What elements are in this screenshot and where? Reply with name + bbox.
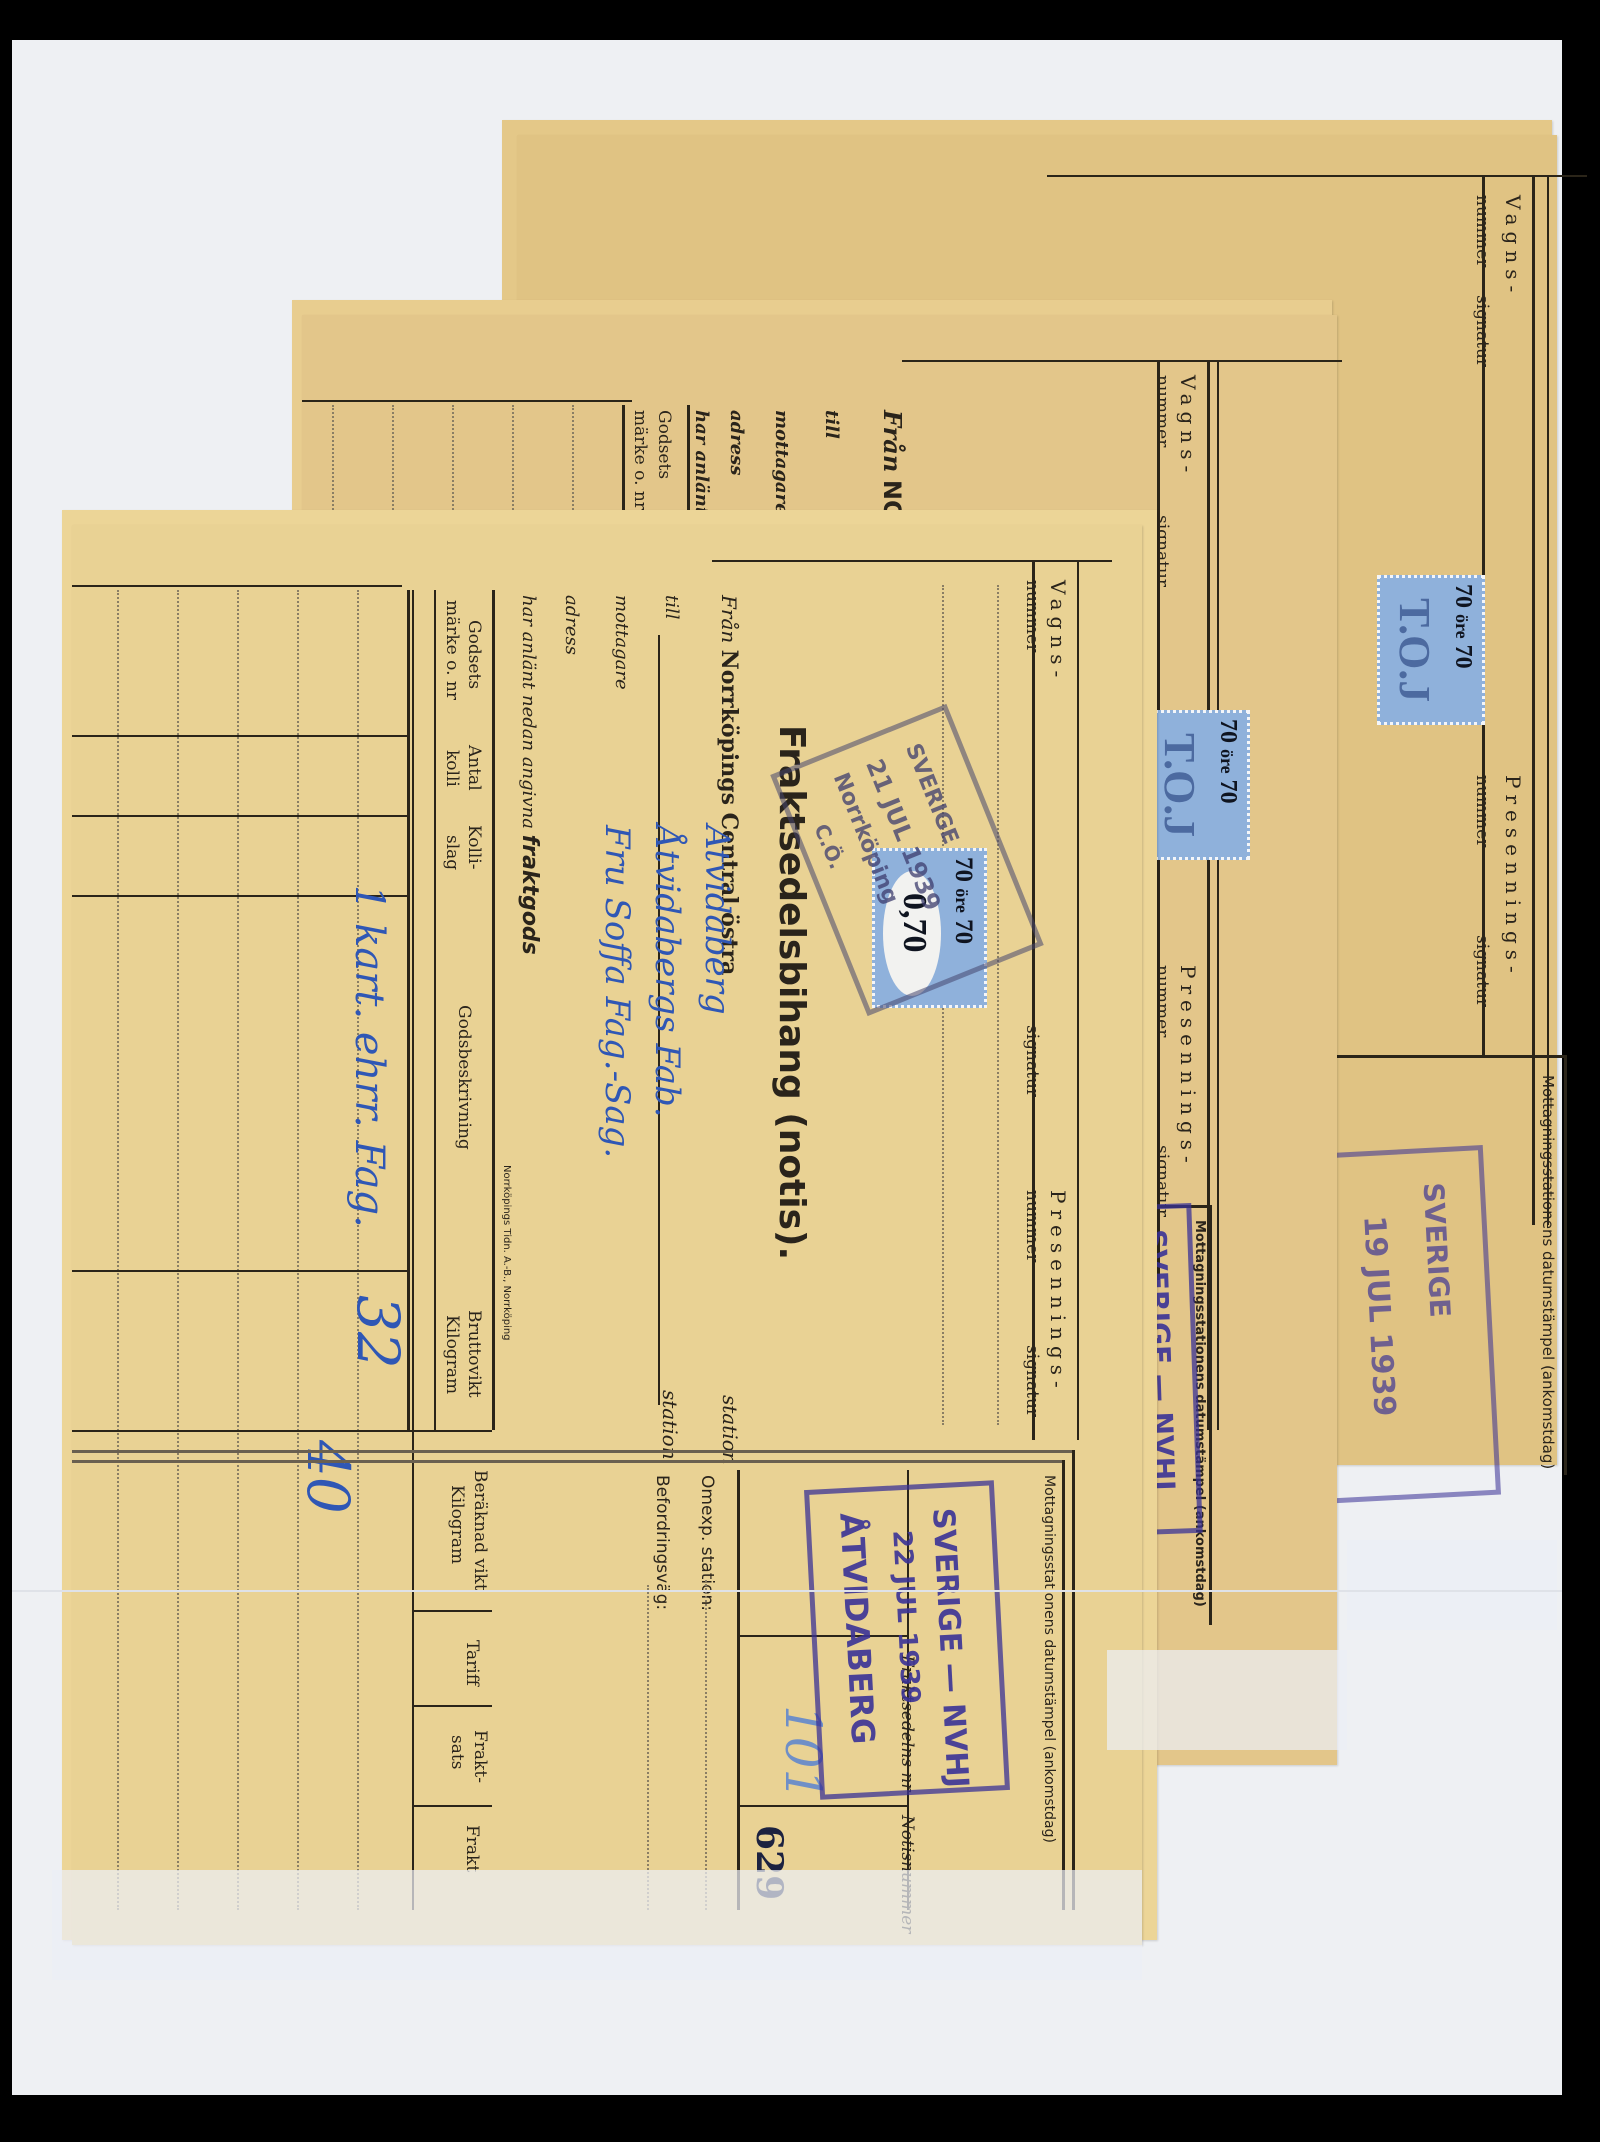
rule <box>412 590 414 1910</box>
header-rate-1: Frakt- <box>470 1730 490 1783</box>
dotted-col <box>647 1585 649 1910</box>
to-label: till <box>821 410 842 439</box>
wagon-col-signature: signatur <box>1022 1025 1042 1097</box>
arrived-line: har anlänt nedan angivna fraktgods <box>517 595 542 955</box>
dotted-col <box>177 590 179 1910</box>
handwritten-to: Atvidaberg <box>697 825 737 1015</box>
receiver-label: mottagare <box>771 410 792 515</box>
stamp-overprint: T.O.J <box>1154 733 1205 837</box>
arrival-datestamp-front: SVERIGE — NVHJ 22 JUL 1939 ÅTVIDABERG <box>804 1480 1010 1800</box>
printer-imprint: Norrköpings Tidn. A.-B., Norrköping <box>501 1165 512 1341</box>
header-freight: Frakt <box>462 1825 482 1872</box>
wagon-header: Vagns- <box>1501 195 1525 298</box>
cancel-line: 19 JUL 1939 <box>1356 1215 1401 1417</box>
header-calc-weight-1: Beräknad vikt <box>470 1470 490 1591</box>
rule <box>72 815 407 817</box>
tarp-header: Presennings- <box>1046 1190 1070 1394</box>
cancel-line: ÅTVIDABERG <box>832 1512 882 1745</box>
rule <box>1047 175 1587 177</box>
rule <box>1077 560 1079 1440</box>
wagon-header: Vagns- <box>1046 580 1070 683</box>
route-label: Befordringsväg: <box>652 1475 672 1610</box>
header-kind-2: slag <box>442 835 462 870</box>
rule <box>1062 1460 1065 1910</box>
glassine-strip <box>52 1870 1142 1980</box>
rule <box>72 735 407 737</box>
cancel-line: SVERIGE — NVHJ <box>925 1507 975 1789</box>
glassine-strip <box>1347 1540 1557 1630</box>
rule <box>737 1470 740 1910</box>
rule <box>492 590 495 1430</box>
address-label: adress <box>726 410 747 475</box>
dotted-col <box>997 585 999 1425</box>
arrived-bold: fraktgods <box>517 835 542 955</box>
header-description: Godsbeskrivning <box>454 1005 474 1150</box>
railway-parcel-stamp: 70 öre 70 T.O.J <box>1377 575 1485 725</box>
rule <box>72 585 402 587</box>
rule <box>72 1430 492 1432</box>
handwritten-receiver: Åtvidabergs Fab. <box>647 825 687 1118</box>
cancel-line: C.Ö. <box>809 820 849 872</box>
rule <box>434 590 436 1430</box>
rule <box>737 1805 907 1807</box>
arrival-stamp-label: Mottagningsstationens datumstämpel (anko… <box>1041 1475 1057 1843</box>
dotted-col <box>357 590 359 1910</box>
double-rule <box>72 1450 1072 1453</box>
rule <box>302 400 632 402</box>
rule <box>412 1805 492 1807</box>
header-gross-weight-1: Bruttovikt <box>464 1310 484 1398</box>
to-label: till <box>661 595 682 620</box>
stamp-value-top: 70 öre 70 <box>1449 584 1476 669</box>
arrived-label: har anlänt <box>691 410 712 515</box>
double-rule <box>72 1460 1062 1463</box>
receiver-label: mottagare <box>611 595 632 690</box>
railway-parcel-stamp: 70 öre 70 T.O.J <box>1142 710 1250 860</box>
rule <box>412 1610 492 1612</box>
glassine-strip <box>1107 1650 1347 1750</box>
cancel-line: 22 JUL 1939 <box>886 1529 925 1704</box>
dotted-col <box>117 590 119 1910</box>
wagon-col-number: nummer <box>1022 580 1042 652</box>
dotted-col <box>237 590 239 1910</box>
tarp-header: Presennings- <box>1176 965 1200 1169</box>
wagon-col-number: nummer <box>1152 375 1172 447</box>
arrival-stamp-label: Mottagningsstationens datumstämpel (anko… <box>1539 1075 1557 1469</box>
header-goods-mark-2: märke o. nr <box>442 600 462 700</box>
rule <box>902 360 1342 362</box>
goods-mark-header: Godsets <box>654 410 674 479</box>
cancel-line: SVERIGE <box>1417 1182 1457 1319</box>
handwritten-goods: 1 kart. ehrr. Fag. <box>346 885 392 1228</box>
from-label: Från <box>878 410 907 472</box>
wagon-header: Vagns- <box>1176 375 1200 478</box>
stamp-value-top: 70 öre 70 <box>1214 719 1241 804</box>
rule <box>1217 360 1219 1430</box>
tarp-header: Presennings- <box>1501 775 1525 979</box>
rule <box>1072 1450 1075 1910</box>
goods-mark-header: märke o. nr <box>630 410 650 510</box>
header-goods-mark-1: Godsets <box>464 620 484 689</box>
header-count-2: kolli <box>442 750 462 787</box>
rule <box>72 1270 407 1272</box>
header-tariff: Tariff <box>462 1640 482 1686</box>
header-gross-weight-2: Kilogram <box>442 1315 462 1394</box>
arrived-label: har anlänt nedan angivna <box>518 595 539 829</box>
dotted-col <box>297 590 299 1910</box>
stockbook-page: märke o. nr Godsets har anlänt adress mo… <box>12 40 1562 2095</box>
handwritten-address: Fru Soffa Fag.-Sag. <box>597 825 637 1158</box>
header-rate-2: sats <box>447 1735 467 1769</box>
rule <box>712 560 1112 562</box>
header-count-1: Antal <box>464 745 484 791</box>
from-label: Från <box>717 595 741 643</box>
handwritten-gross-weight: 32 <box>344 1295 412 1369</box>
from-station-suffix: station <box>718 1395 742 1465</box>
header-kind-1: Kolli- <box>464 825 484 870</box>
rule <box>412 1705 492 1707</box>
rule <box>1032 560 1035 1440</box>
tarp-col-signature: signatur <box>1022 1345 1042 1417</box>
dotted-col <box>705 1580 707 1910</box>
tarp-col-number: nummer <box>1022 1190 1042 1262</box>
address-label: adress <box>561 595 582 655</box>
stamp-overprint: T.O.J <box>1389 598 1440 702</box>
omexp-label: Omexp. station: <box>697 1475 717 1611</box>
header-calc-weight-2: Kilogram <box>447 1485 467 1564</box>
